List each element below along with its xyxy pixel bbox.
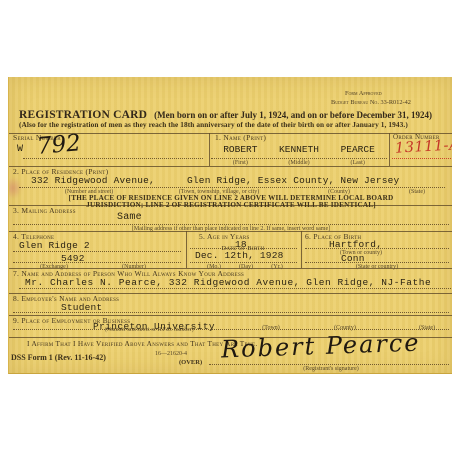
registrant-signature: Robert Pearce	[221, 331, 421, 362]
name-last: PEARCE	[328, 145, 387, 155]
name-middle: KENNETH	[270, 145, 329, 155]
serial-prefix: W	[17, 145, 23, 155]
employer-dotted-line	[13, 312, 449, 313]
mailing-dotted-line	[13, 224, 449, 225]
telephone-dotted-line1	[13, 251, 181, 252]
order-dotted-line	[392, 158, 452, 159]
signature-sublabel: (Registrant's signature)	[303, 366, 359, 372]
form-id: DSS Form 1 (Rev. 11-16-42)	[11, 353, 106, 362]
divider-age-birth	[301, 231, 302, 268]
birthplace-dotted-line2	[305, 262, 449, 263]
dob-dotted-line	[190, 262, 297, 263]
card-subtitle: (Also for the registration of men as the…	[19, 120, 449, 129]
contact-dotted-line	[19, 288, 452, 289]
name-sub-first: (First)	[211, 160, 270, 166]
employment-value: Princeton University	[93, 322, 215, 332]
divider-name-order	[389, 133, 390, 166]
residence-street: 332 Ridgewood Avenue,	[31, 176, 155, 186]
name-label: 1. Name (Print)	[215, 134, 266, 142]
serial-dotted-line	[23, 158, 203, 159]
mailing-label: 3. Mailing Address	[13, 207, 76, 215]
card-title-note: (Men born on or after July 1, 1924, and …	[154, 110, 432, 120]
print-code: 16—21620-4	[155, 351, 187, 357]
form-approved-line1: Form Approved	[345, 90, 411, 99]
divider-serial-name	[209, 133, 210, 166]
signature-dotted-line	[209, 364, 449, 365]
dob-sub-year: (Yr.)	[271, 264, 283, 270]
over-note: (OVER)	[179, 359, 202, 366]
birthplace-sub-state: (State or country)	[356, 264, 398, 270]
name-dotted-line	[211, 158, 387, 159]
name-first: ROBERT	[211, 145, 270, 155]
name-values: ROBERT KENNETH PEARCE	[211, 145, 387, 155]
name-sub-last: (Last)	[328, 160, 387, 166]
order-number-value: 13111-A	[395, 138, 452, 156]
name-sub-middle: (Middle)	[270, 160, 329, 166]
contact-value: Mr. Charles N. Pearce, 332 Ridgewood Ave…	[25, 278, 431, 288]
employment-sub-state: (State)	[419, 325, 435, 331]
employment-sub-town: (Town)	[262, 325, 280, 331]
mailing-value: Same	[117, 213, 142, 223]
dob-value: Dec. 12th, 1928	[195, 251, 284, 261]
telephone-exchange: Glen Ridge 2	[19, 241, 90, 251]
serial-number-value: 792	[36, 132, 82, 159]
registration-card: Form Approved Budget Bureau No. 33-R012-…	[8, 77, 452, 374]
residence-dotted-line	[19, 187, 445, 188]
name-sublabels: (First) (Middle) (Last)	[211, 160, 387, 166]
residence-town-state: Glen Ridge, Essex County, New Jersey	[187, 176, 399, 186]
divider-tel-age	[186, 231, 187, 268]
telephone-dotted-line2	[13, 262, 181, 263]
